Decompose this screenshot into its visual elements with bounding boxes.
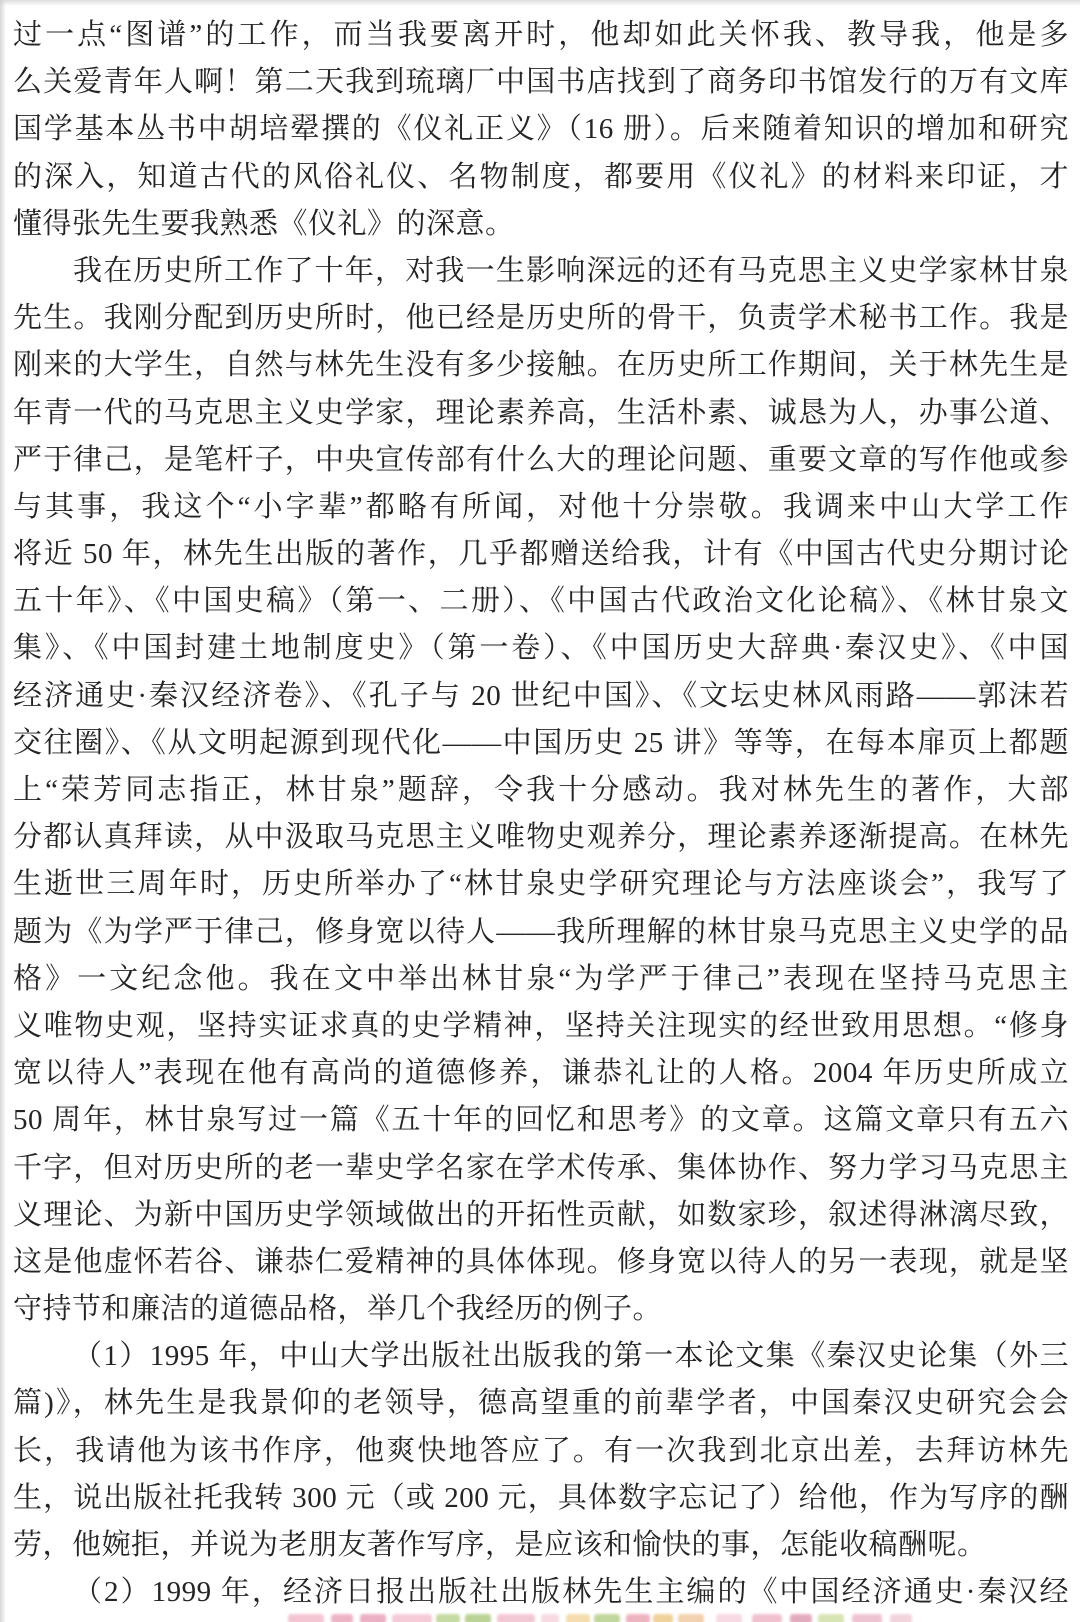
scan-edge-top — [0, 0, 1080, 6]
document-page: 过一点“图谱”的工作，而当我要离开时，他却如此关怀我、教导我，他是多么关爱青年人… — [0, 0, 1080, 1622]
text-line: 篇)》，林先生是我景仰的老领导，德高望重的前辈学者，中国秦汉史研究会会 — [13, 1380, 1069, 1427]
text-line: 与其事，我这个“小字辈”都略有所闻，对他十分崇敬。我调来中山大学工作 — [13, 484, 1069, 531]
text-line: 集》、《中国封建土地制度史》（第一卷）、《中国历史大辞典·秦汉史》、《中国 — [13, 625, 1069, 672]
text-line: 宽以待人”表现在他有高尚的道德修养，谦恭礼让的人格。2004 年历史所成立 — [13, 1050, 1069, 1097]
text-line: 义理论、为新中国历史学领域做出的开拓性贡献，如数家珍，叙述得淋漓尽致， — [13, 1192, 1069, 1239]
text-line: 50 周年，林甘泉写过一篇《五十年的回忆和思考》的文章。这篇文章只有五六 — [13, 1097, 1069, 1144]
text-line: 五十年》、《中国史稿》（第一、二册）、《中国古代政治文化论稿》、《林甘泉文 — [13, 578, 1069, 625]
text-line: 义唯物史观，坚持实证求真的史学精神，坚持关注现实的经世致用思想。“修身 — [13, 1003, 1069, 1050]
text-line: 题为《为学严于律己，修身宽以待人——我所理解的林甘泉马克思主义史学的品 — [13, 909, 1069, 956]
text-line: 守持节和廉洁的道德品格，举几个我经历的例子。 — [13, 1286, 1069, 1333]
text-line: 么关爱青年人啊！第二天我到琉璃厂中国书店找到了商务印书馆发行的万有文库 — [13, 59, 1069, 106]
text-line: 我在历史所工作了十年，对我一生影响深远的还有马克思主义史学家林甘泉 — [13, 248, 1069, 295]
text-line: 年青一代的马克思主义史学家，理论素养高，生活朴素、诚恳为人，办事公道、 — [13, 390, 1069, 437]
text-line: 严于律己，是笔杆子，中央宣传部有什么大的理论问题、重要文章的写作他或参 — [13, 437, 1069, 484]
text-line: 劳，他婉拒，并说为老朋友著作写序，是应该和愉快的事，怎能收稿酬呢。 — [13, 1522, 1069, 1569]
text-line: 这是他虚怀若谷、谦恭仁爱精神的具体体现。修身宽以待人的另一表现，就是坚 — [13, 1239, 1069, 1286]
text-line: 刚来的大学生，自然与林先生没有多少接触。在历史所工作期间，关于林先生是 — [13, 342, 1069, 389]
text-line: 先生。我刚分配到历史所时，他已经是历史所的骨干，负责学术秘书工作。我是 — [13, 295, 1069, 342]
text-line: 生，说出版社托我转 300 元（或 200 元，具体数字忘记了）给他，作为写序的… — [13, 1475, 1069, 1522]
text-line: 将近 50 年，林先生出版的著作，几乎都赠送给我，计有《中国古代史分期讨论 — [13, 531, 1069, 578]
text-line: 懂得张先生要我熟悉《仪礼》的深意。 — [13, 201, 1069, 248]
text-line: 千字，但对历史所的老一辈史学名家在学术传承、集体协作、努力学习马克思主 — [13, 1145, 1069, 1192]
scan-edge-left — [0, 0, 6, 1622]
text-line: 上“荣芳同志指正，林甘泉”题辞，令我十分感动。我对林先生的著作，大部 — [13, 767, 1069, 814]
text-line: 生逝世三周年时，历史所举办了“林甘泉史学研究理论与方法座谈会”，我写了 — [13, 861, 1069, 908]
text-line: 交往圈》、《从文明起源到现代化——中国历史 25 讲》等等，在每本扉页上都题 — [13, 720, 1069, 767]
text-line: 格》一文纪念他。我在文中举出林甘泉“为学严于律己”表现在坚持马克思主 — [13, 956, 1069, 1003]
text-line: 国学基本丛书中胡培翚撰的《仪礼正义》（16 册）。后来随着知识的增加和研究 — [13, 106, 1069, 153]
text-line: 经济通史·秦汉经济卷》、《孔子与 20 世纪中国》、《文坛史林风雨路——郭沫若 — [13, 673, 1069, 720]
text-line: 过一点“图谱”的工作，而当我要离开时，他却如此关怀我、教导我，他是多 — [13, 12, 1069, 59]
text-line: （1）1995 年，中山大学出版社出版我的第一本论文集《秦汉史论集（外三 — [13, 1333, 1069, 1380]
body-text: 过一点“图谱”的工作，而当我要离开时，他却如此关怀我、教导我，他是多么关爱青年人… — [13, 12, 1069, 1616]
text-line: 分都认真拜读，从中汲取马克思主义唯物史观养分，理论素养逐渐提高。在林先 — [13, 814, 1069, 861]
text-line: 长，我请他为该书作序，他爽快地答应了。有一次我到北京出差，去拜访林先 — [13, 1428, 1069, 1475]
text-line: 的深入，知道古代的风俗礼仪、名物制度，都要用《仪礼》的材料来印证，才 — [13, 154, 1069, 201]
text-line: （2）1999 年，经济日报出版社出版林先生主编的《中国经济通史·秦汉经 — [13, 1569, 1069, 1616]
